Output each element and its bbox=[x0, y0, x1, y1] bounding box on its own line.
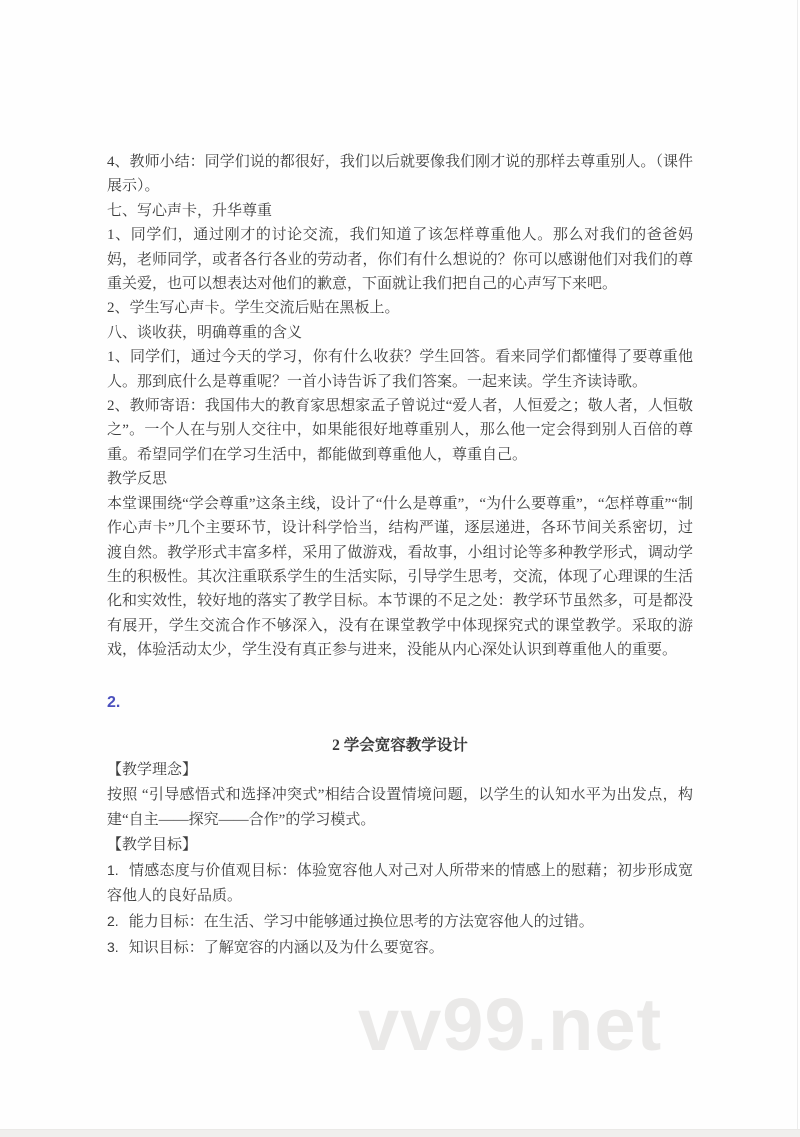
reflection-paragraph: 本堂课围绕“学会尊重”这条主线，设计了“什么是尊重”，“为什么要尊重”，“怎样尊… bbox=[107, 492, 693, 663]
page: vv99.net 4、教师小结：同学们说的都很好，我们以后就要像我们刚才说的那样… bbox=[0, 0, 800, 1137]
goal-number: 2. bbox=[107, 913, 119, 929]
section-number-marker: 2. bbox=[107, 691, 693, 715]
paragraph: 1、同学们，通过刚才的讨论交流，我们知道了该怎样尊重他人。那么对我们的爸爸妈妈，… bbox=[107, 223, 693, 296]
watermark: vv99.net bbox=[358, 982, 662, 1067]
goal-text: 能力目标：在生活、学习中能够通过换位思考的方法宽容他人的过错。 bbox=[129, 914, 594, 930]
goal-text: 情感态度与价值观目标：体验宽容他人对己对人所带来的情感上的慰藉；初步形成宽容他人… bbox=[107, 863, 693, 904]
lesson-plan-section-1: 4、教师小结：同学们说的都很好，我们以后就要像我们刚才说的那样去尊重别人。（课件… bbox=[107, 150, 693, 663]
section-heading: 八、谈收获，明确尊重的含义 bbox=[107, 321, 693, 345]
page-bottom-strip bbox=[0, 1129, 800, 1137]
paragraph: 2、教师寄语：我国伟大的教育家思想家孟子曾说过“爱人者，人恒爱之；敬人者，人恒敬… bbox=[107, 394, 693, 467]
goal-item: 1.情感态度与价值观目标：体验宽容他人对己对人所带来的情感上的慰藉；初步形成宽容… bbox=[107, 858, 693, 909]
teaching-concept-paragraph: 按照 “引导感悟式和选择冲突式”相结合设置情境问题，以学生的认知水平为出发点，构… bbox=[107, 783, 693, 833]
paragraph: 2、学生写心声卡。学生交流后贴在黑板上。 bbox=[107, 296, 693, 320]
teaching-goals-heading: 【教学目标】 bbox=[107, 833, 693, 858]
teaching-concept-heading: 【教学理念】 bbox=[107, 758, 693, 783]
goal-number: 1. bbox=[107, 862, 119, 878]
paragraph: 1、同学们，通过今天的学习，你有什么收获？学生回答。看来同学们都懂得了要尊重他人… bbox=[107, 345, 693, 394]
lesson-plan-section-2: 2. 2 学会宽容教学设计 【教学理念】 按照 “引导感悟式和选择冲突式”相结合… bbox=[107, 691, 693, 961]
goal-text: 知识目标：了解宽容的内涵以及为什么要宽容。 bbox=[129, 940, 444, 956]
document-body: 4、教师小结：同学们说的都很好，我们以后就要像我们刚才说的那样去尊重别人。（课件… bbox=[107, 150, 693, 961]
document-title: 2 学会宽容教学设计 bbox=[107, 733, 693, 758]
goal-item: 2.能力目标：在生活、学习中能够通过换位思考的方法宽容他人的过错。 bbox=[107, 909, 693, 935]
paragraph: 4、教师小结：同学们说的都很好，我们以后就要像我们刚才说的那样去尊重别人。（课件… bbox=[107, 150, 693, 199]
page-right-edge-line bbox=[797, 0, 798, 1137]
goal-item: 3.知识目标：了解宽容的内涵以及为什么要宽容。 bbox=[107, 935, 693, 961]
section-heading: 七、写心声卡，升华尊重 bbox=[107, 199, 693, 223]
goal-number: 3. bbox=[107, 939, 119, 955]
reflection-heading: 教学反思 bbox=[107, 467, 693, 491]
